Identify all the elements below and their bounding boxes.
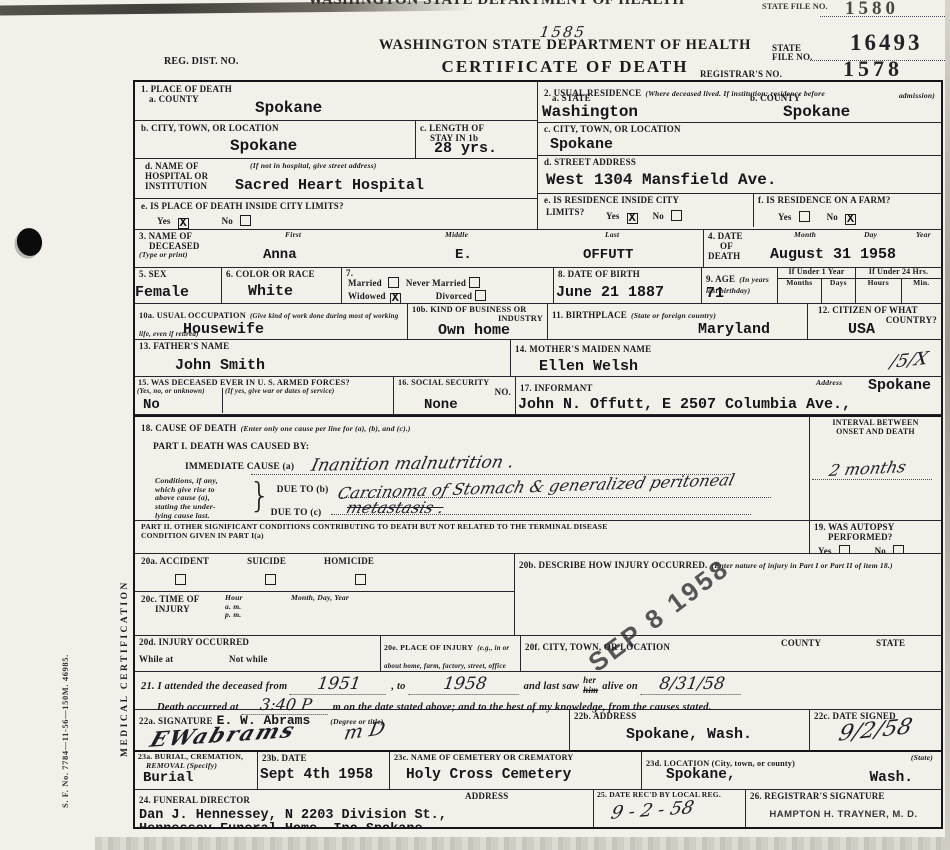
s22a-degree-script: m D bbox=[342, 717, 387, 744]
row-cause-of-death: 18. CAUSE OF DEATH (Enter only one cause… bbox=[135, 417, 941, 521]
s21-from: 1951 bbox=[290, 674, 389, 695]
s23d-value2: Wash. bbox=[869, 770, 913, 786]
row-sex-race-marital-birth-age: 5. SEX Female 6. COLOR OR RACE White 7. … bbox=[135, 268, 941, 304]
s23c-value: Holy Cross Cemetery bbox=[406, 767, 571, 783]
s10a-value: Housewife bbox=[183, 321, 264, 338]
s7-married-checkbox bbox=[388, 277, 399, 288]
s14-hand-mark: /5/X bbox=[888, 348, 930, 373]
row-injury-20: 20a. ACCIDENT SUICIDE HOMICIDE 20c. TIME… bbox=[135, 554, 941, 636]
s1a-label: a. COUNTY bbox=[149, 94, 531, 104]
s1-title: 1. PLACE OF DEATH bbox=[141, 84, 531, 94]
interval-column: INTERVAL BETWEEN ONSET AND DEATH 2 month… bbox=[809, 417, 941, 520]
scan-bottom-band bbox=[95, 837, 950, 850]
section-25-date-recd: 25. DATE REC'D BY LOCAL REG. 9 - 2 - 58 bbox=[593, 790, 745, 827]
s2b-label: b. COUNTY bbox=[750, 93, 800, 103]
s11-value: Maryland bbox=[698, 321, 770, 338]
s1a-value: Spokane bbox=[255, 99, 322, 117]
row-name-dateofdeath: 3. NAME OF DECEASED (Type or print) Firs… bbox=[135, 230, 941, 268]
section-20c-time-of-injury: 20c. TIME OF INJURY Hour a. m. p. m. Mon… bbox=[135, 592, 514, 635]
registrar-label: REGISTRAR'S NO. bbox=[700, 69, 782, 79]
s1e-yes-checkbox: X bbox=[178, 218, 189, 229]
s20a-accident-checkbox bbox=[175, 574, 186, 585]
s20a-homicide-checkbox bbox=[355, 574, 366, 585]
section-23b-date: 23b. DATE Sept 4th 1958 bbox=[257, 752, 389, 789]
s2d-value: West 1304 Mansfield Ave. bbox=[546, 171, 776, 189]
s26-value: HAMPTON H. TRAYNER, M. D. bbox=[750, 809, 937, 820]
section-8-date-of-birth: 8. DATE OF BIRTH June 21 1887 bbox=[553, 268, 701, 303]
section-16-ssn: 16. SOCIAL SECURITY NO. None bbox=[393, 377, 515, 414]
section-9-under-24-hrs: If Under 24 Hrs. Hours Min. bbox=[855, 268, 941, 303]
scan-right-edge bbox=[945, 0, 950, 850]
s21-lastsaw: 8/31/58 bbox=[640, 674, 743, 695]
s1d-note: (If not in hospital, give street address… bbox=[250, 162, 377, 171]
section-20a-accident: 20a. ACCIDENT SUICIDE HOMICIDE bbox=[135, 554, 514, 592]
section-26-registrar-signature: 26. REGISTRAR'S SIGNATURE HAMPTON H. TRA… bbox=[745, 790, 941, 827]
s2f-no-checkbox: X bbox=[845, 214, 856, 225]
s2b-value: Spokane bbox=[783, 103, 850, 121]
s15-value: No bbox=[143, 397, 160, 413]
scanned-death-certificate: { "colors": {"paper":"#f2f0e9","ink":"#1… bbox=[0, 0, 950, 850]
row-23-burial: 23a. BURIAL, CREMATION, REMOVAL (Specify… bbox=[135, 752, 941, 790]
section-22b-address: 22b. ADDRESS Spokane, Wash. bbox=[569, 710, 809, 750]
section-19-autopsy: 19. WAS AUTOPSY PERFORMED? Yes No bbox=[809, 521, 941, 553]
row-part2-autopsy: PART II. OTHER SIGNIFICANT CONDITIONS CO… bbox=[135, 521, 941, 554]
state-file-no: 16493 bbox=[850, 30, 923, 56]
registrar-no: 1578 bbox=[843, 56, 903, 82]
section-20e-place-of-injury: 20e. PLACE OF INJURY (e.g., in or about … bbox=[380, 636, 520, 671]
s1b-label: b. CITY, TOWN, OR LOCATION bbox=[141, 123, 409, 133]
section-20d-injury-occurred: 20d. INJURY OCCURRED While at work Not w… bbox=[135, 636, 380, 671]
state-file-label-2: FILE NO. bbox=[772, 52, 813, 62]
ghost-file-label: STATE FILE NO. bbox=[762, 1, 828, 11]
section-24-funeral-director: 24. FUNERAL DIRECTOR ADDRESS Dan J. Henn… bbox=[135, 790, 593, 827]
row-22-signature: 22a. SIGNATURE E. W. Abrams (Degree or t… bbox=[135, 710, 941, 750]
s2e-yes-checkbox: X bbox=[627, 213, 638, 224]
row-24-26: 24. FUNERAL DIRECTOR ADDRESS Dan J. Henn… bbox=[135, 790, 941, 827]
s21-her: her bbox=[583, 675, 598, 685]
s1d-value: Sacred Heart Hospital bbox=[235, 177, 424, 194]
s1e-no-checkbox bbox=[240, 215, 251, 226]
s1c-value: 28 yrs. bbox=[434, 140, 497, 157]
row-21-attended: 21. I attended the deceased from 1951 , … bbox=[135, 672, 941, 710]
row-armedforces-ssn-informant: 15. WAS DECEASED EVER IN U. S. ARMED FOR… bbox=[135, 377, 941, 415]
section-23a-burial: 23a. BURIAL, CREMATION, REMOVAL (Specify… bbox=[135, 752, 257, 789]
section-1-place-of-death: 1. PLACE OF DEATH a. COUNTY Spokane b. C… bbox=[135, 82, 537, 229]
s1e-label: e. IS PLACE OF DEATH INSIDE CITY LIMITS? bbox=[141, 201, 531, 211]
s2a-value: Washington bbox=[542, 103, 638, 121]
s3-first: Anna bbox=[263, 247, 297, 263]
s7-divorced-checkbox bbox=[475, 290, 486, 301]
certificate-form: 1. PLACE OF DEATH a. COUNTY Spokane b. C… bbox=[133, 80, 943, 829]
s23d-value1: Spokane, bbox=[666, 767, 736, 783]
s18a-value: Inanition malnutrition . bbox=[309, 452, 516, 476]
s16-value: None bbox=[424, 397, 458, 413]
s1d-label: d. NAME OF bbox=[145, 161, 208, 171]
ghost-page-title: WASHINGTON STATE DEPARTMENT OF HEALTH bbox=[308, 0, 685, 9]
s24-line2: Hennessey Funeral Home, Inc.Spokane bbox=[139, 823, 469, 827]
s2e-no-checkbox bbox=[671, 210, 682, 221]
ghost-file-no: 1580 bbox=[845, 0, 899, 20]
section-17-informant: 17. INFORMANT Address Spokane John N. Of… bbox=[515, 377, 941, 414]
s17-addr-value: Spokane bbox=[868, 377, 931, 394]
section-11-birthplace: 11. BIRTHPLACE (State or foreign country… bbox=[547, 304, 807, 339]
section-20f-city-county-state: 20f. CITY, TOWN, OR LOCATION COUNTY STAT… bbox=[520, 636, 941, 671]
section-7-marital-status: 7. Married Never Married Widowed X Divor… bbox=[341, 268, 553, 303]
s21-him-struck: him bbox=[583, 685, 598, 695]
section-9-age: 9. AGE (In years last birthday) 71 bbox=[701, 268, 777, 303]
s2f-yes-checkbox bbox=[799, 211, 810, 222]
s2e-label: e. IS RESIDENCE INSIDE CITY bbox=[544, 195, 747, 205]
s5-value: Female bbox=[135, 284, 189, 301]
s3-last: OFFUTT bbox=[583, 247, 633, 263]
section-14-mother: 14. MOTHER'S MAIDEN NAME Ellen Welsh /5/… bbox=[510, 340, 941, 376]
row-father-mother: 13. FATHER'S NAME John Smith 14. MOTHER'… bbox=[135, 340, 941, 377]
section-22a-signature: 22a. SIGNATURE E. W. Abrams (Degree or t… bbox=[135, 710, 569, 750]
section-13-father: 13. FATHER'S NAME John Smith bbox=[135, 340, 510, 376]
section-10b-business: 10b. KIND OF BUSINESS OR INDUSTRY Own ho… bbox=[407, 304, 547, 339]
dept-title: WASHINGTON STATE DEPARTMENT OF HEALTH bbox=[330, 37, 800, 54]
section-9-under-1-year: If Under 1 Year Months Days bbox=[777, 268, 855, 303]
section-12-citizen: 12. CITIZEN OF WHAT COUNTRY? USA bbox=[807, 304, 941, 339]
s7-never-checkbox bbox=[469, 277, 480, 288]
row-injury-location: 20d. INJURY OCCURRED While at work Not w… bbox=[135, 636, 941, 672]
section-15-armed-forces: 15. WAS DECEASED EVER IN U. S. ARMED FOR… bbox=[135, 377, 393, 414]
s2c-value: Spokane bbox=[550, 136, 613, 153]
s3-middle: E. bbox=[455, 247, 472, 263]
s2f-label: f. IS RESIDENCE ON A FARM? bbox=[758, 195, 937, 205]
s19-no-checkbox bbox=[893, 545, 904, 553]
section-3-name: 3. NAME OF DECEASED (Type or print) Firs… bbox=[135, 230, 703, 267]
section-2-usual-residence: 2. USUAL RESIDENCE (Where deceased lived… bbox=[537, 82, 941, 229]
medical-certification-section: MEDICAL CERTIFICATION 18. CAUSE OF DEATH… bbox=[135, 415, 941, 752]
hole-punch bbox=[14, 225, 45, 258]
s2c-label: c. CITY, TOWN, OR LOCATION bbox=[544, 124, 935, 134]
s12-value: USA bbox=[848, 321, 875, 338]
s1b-value: Spokane bbox=[230, 137, 297, 155]
medical-certification-side-label: MEDICAL CERTIFICATION bbox=[120, 427, 131, 757]
s14-value: Ellen Welsh bbox=[539, 358, 638, 375]
s24-line1: Dan J. Hennessey, N 2203 Division St., bbox=[139, 809, 589, 823]
section-6-color-race: 6. COLOR OR RACE White bbox=[221, 268, 341, 303]
section-22c-date-signed: 22c. DATE SIGNED 9/2/58 bbox=[809, 710, 941, 750]
s18b-interval: 2 months bbox=[827, 457, 908, 480]
ghost-file-line bbox=[820, 16, 945, 17]
row-occupation-birthplace-citizen: 10a. USUAL OCCUPATION (Give kind of work… bbox=[135, 304, 941, 340]
s21-to: 1958 bbox=[408, 674, 521, 695]
form-number-sideprint: S. F. No. 7784—11-56—150M. 46985. bbox=[60, 388, 70, 808]
reg-dist-label: REG. DIST. NO. bbox=[164, 56, 239, 67]
row-place-residence: 1. PLACE OF DEATH a. COUNTY Spokane b. C… bbox=[135, 82, 941, 230]
s8-value: June 21 1887 bbox=[556, 284, 664, 301]
s4-value: August 31 1958 bbox=[770, 246, 896, 263]
section-4-date-of-death: 4. DATE OF DEATH Month Day Year August 3… bbox=[703, 230, 941, 267]
s9-value: 71 bbox=[706, 285, 724, 302]
section-5-sex: 5. SEX Female bbox=[135, 268, 221, 303]
s20a-suicide-checkbox bbox=[265, 574, 276, 585]
s2a-label: a. STATE bbox=[552, 93, 591, 103]
s6-value: White bbox=[248, 283, 293, 300]
section-23d-location: 23d. LOCATION (City, town, or county) (S… bbox=[641, 752, 941, 789]
conditions-brace: } bbox=[249, 477, 271, 520]
section-10a-occupation: 10a. USUAL OCCUPATION (Give kind of work… bbox=[135, 304, 407, 339]
s10b-value: Own home bbox=[438, 322, 510, 339]
s1c-label: c. LENGTH OF bbox=[420, 123, 533, 133]
section-23c-cemetery: 23c. NAME OF CEMETERY OR CREMATORY Holy … bbox=[389, 752, 641, 789]
s23a-value: Burial bbox=[143, 770, 193, 786]
s2d-label: d. STREET ADDRESS bbox=[544, 157, 935, 167]
s7-widowed-checkbox: X bbox=[390, 293, 401, 303]
s23b-value: Sept 4th 1958 bbox=[260, 767, 373, 783]
s17-value: John N. Offutt, E 2507 Columbia Ave., bbox=[518, 396, 851, 413]
s25-value: 9 - 2 - 58 bbox=[609, 797, 696, 824]
s19-yes-checkbox bbox=[839, 545, 850, 553]
s13-value: John Smith bbox=[175, 357, 265, 374]
s22b-value: Spokane, Wash. bbox=[626, 726, 752, 743]
